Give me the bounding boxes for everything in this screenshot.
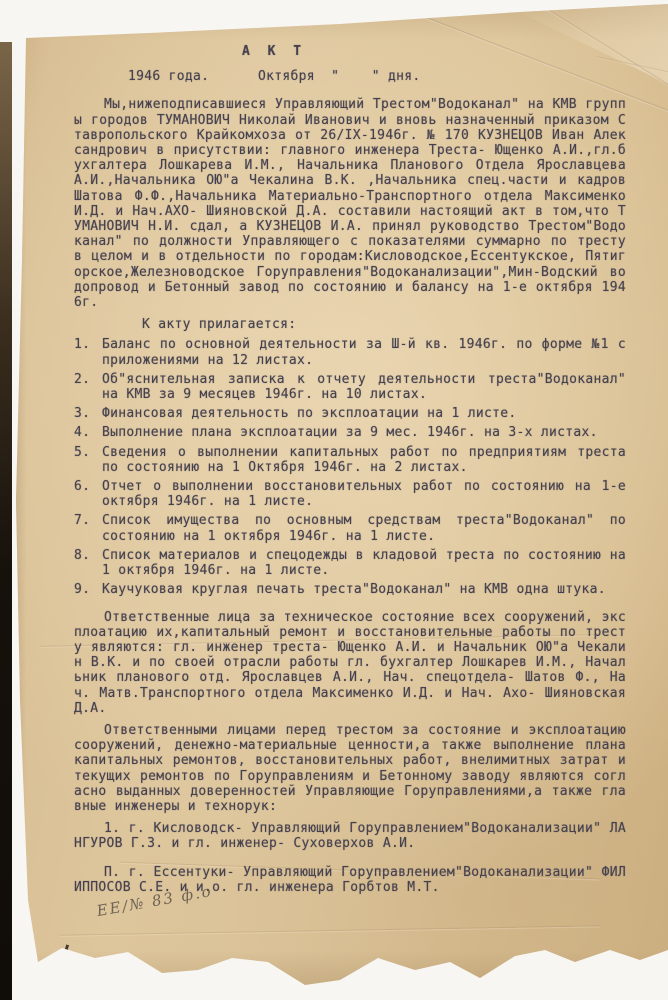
- accountability-paragraph: Ответственными лицами перед трестом за с…: [74, 723, 626, 814]
- intro-paragraph: Мы,нижеподписавшиеся Управляющий Трестом…: [74, 97, 626, 310]
- paper-wrinkle: [60, 925, 600, 935]
- attachment-item: 7. Список имущества по основным средства…: [74, 513, 626, 543]
- attachment-item: 2. Об"яснительная записка к отчету деяте…: [74, 372, 626, 402]
- attachment-item-text: Каучуковая круглая печать треста"Водокан…: [102, 582, 626, 597]
- date-line: 1946 года. Октября " " дня.: [128, 69, 626, 84]
- attachment-item-number: 4.: [74, 425, 102, 440]
- document-title: А К Т: [242, 44, 626, 59]
- attachment-item: 5. Сведения о выполнении капитальных раб…: [74, 445, 626, 475]
- attachment-item-text: Список материалов и спецодежды в кладово…: [102, 548, 626, 578]
- scanner-edge-shadow: [0, 42, 12, 1000]
- attachment-item: 4. Выполнение плана эксплоатации за 9 ме…: [74, 425, 626, 440]
- attachment-item: 9. Каучуковая круглая печать треста"Водо…: [74, 582, 626, 597]
- attachment-item: 3. Финансовая деятельность по эксплоатац…: [74, 406, 626, 421]
- attachment-item-number: 3.: [74, 406, 102, 421]
- torn-edge-mark: [58, 944, 81, 975]
- attachment-item: 1. Баланс по основной деятельности за Ш-…: [74, 337, 626, 367]
- attachment-item: 6. Отчет о выполнении восстановительных …: [74, 479, 626, 509]
- attachment-item-number: 5.: [74, 445, 102, 475]
- attachment-item-number: 2.: [74, 372, 102, 402]
- typewritten-text: А К Т 1946 года. Октября " " дня. Мы,ниж…: [74, 44, 626, 908]
- attachment-item-number: 8.: [74, 548, 102, 578]
- responsibility-paragraph: Ответственные лица за техническое состоя…: [74, 610, 626, 716]
- attachment-item-text: Отчет о выполнении восстановительных раб…: [102, 479, 626, 509]
- signer-kislovodsk: 1. г. Кисловодск- Управляющий Горуправле…: [74, 821, 626, 851]
- attachment-item-text: Сведения о выполнении капитальных работ …: [102, 445, 626, 475]
- attachment-item-number: 6.: [74, 479, 102, 509]
- attachment-item-text: Выполнение плана эксплоатации за 9 мес. …: [102, 425, 626, 440]
- attachment-item-text: Об"яснительная записка к отчету деятельн…: [102, 372, 626, 402]
- attachment-item-number: 9.: [74, 582, 102, 597]
- attachment-item-text: Финансовая деятельность по эксплоатации …: [102, 406, 626, 421]
- attachment-item-text: Баланс по основной деятельности за Ш-й к…: [102, 337, 626, 367]
- document-page: А К Т 1946 года. Октября " " дня. Мы,ниж…: [0, 0, 668, 1000]
- attachments-heading: К акту прилагается:: [142, 317, 626, 332]
- attachment-item-number: 7.: [74, 513, 102, 543]
- attachment-item-number: 1.: [74, 337, 102, 367]
- attachment-item: 8. Список материалов и спецодежды в клад…: [74, 548, 626, 578]
- attachment-item-text: Список имущества по основным средствам т…: [102, 513, 626, 543]
